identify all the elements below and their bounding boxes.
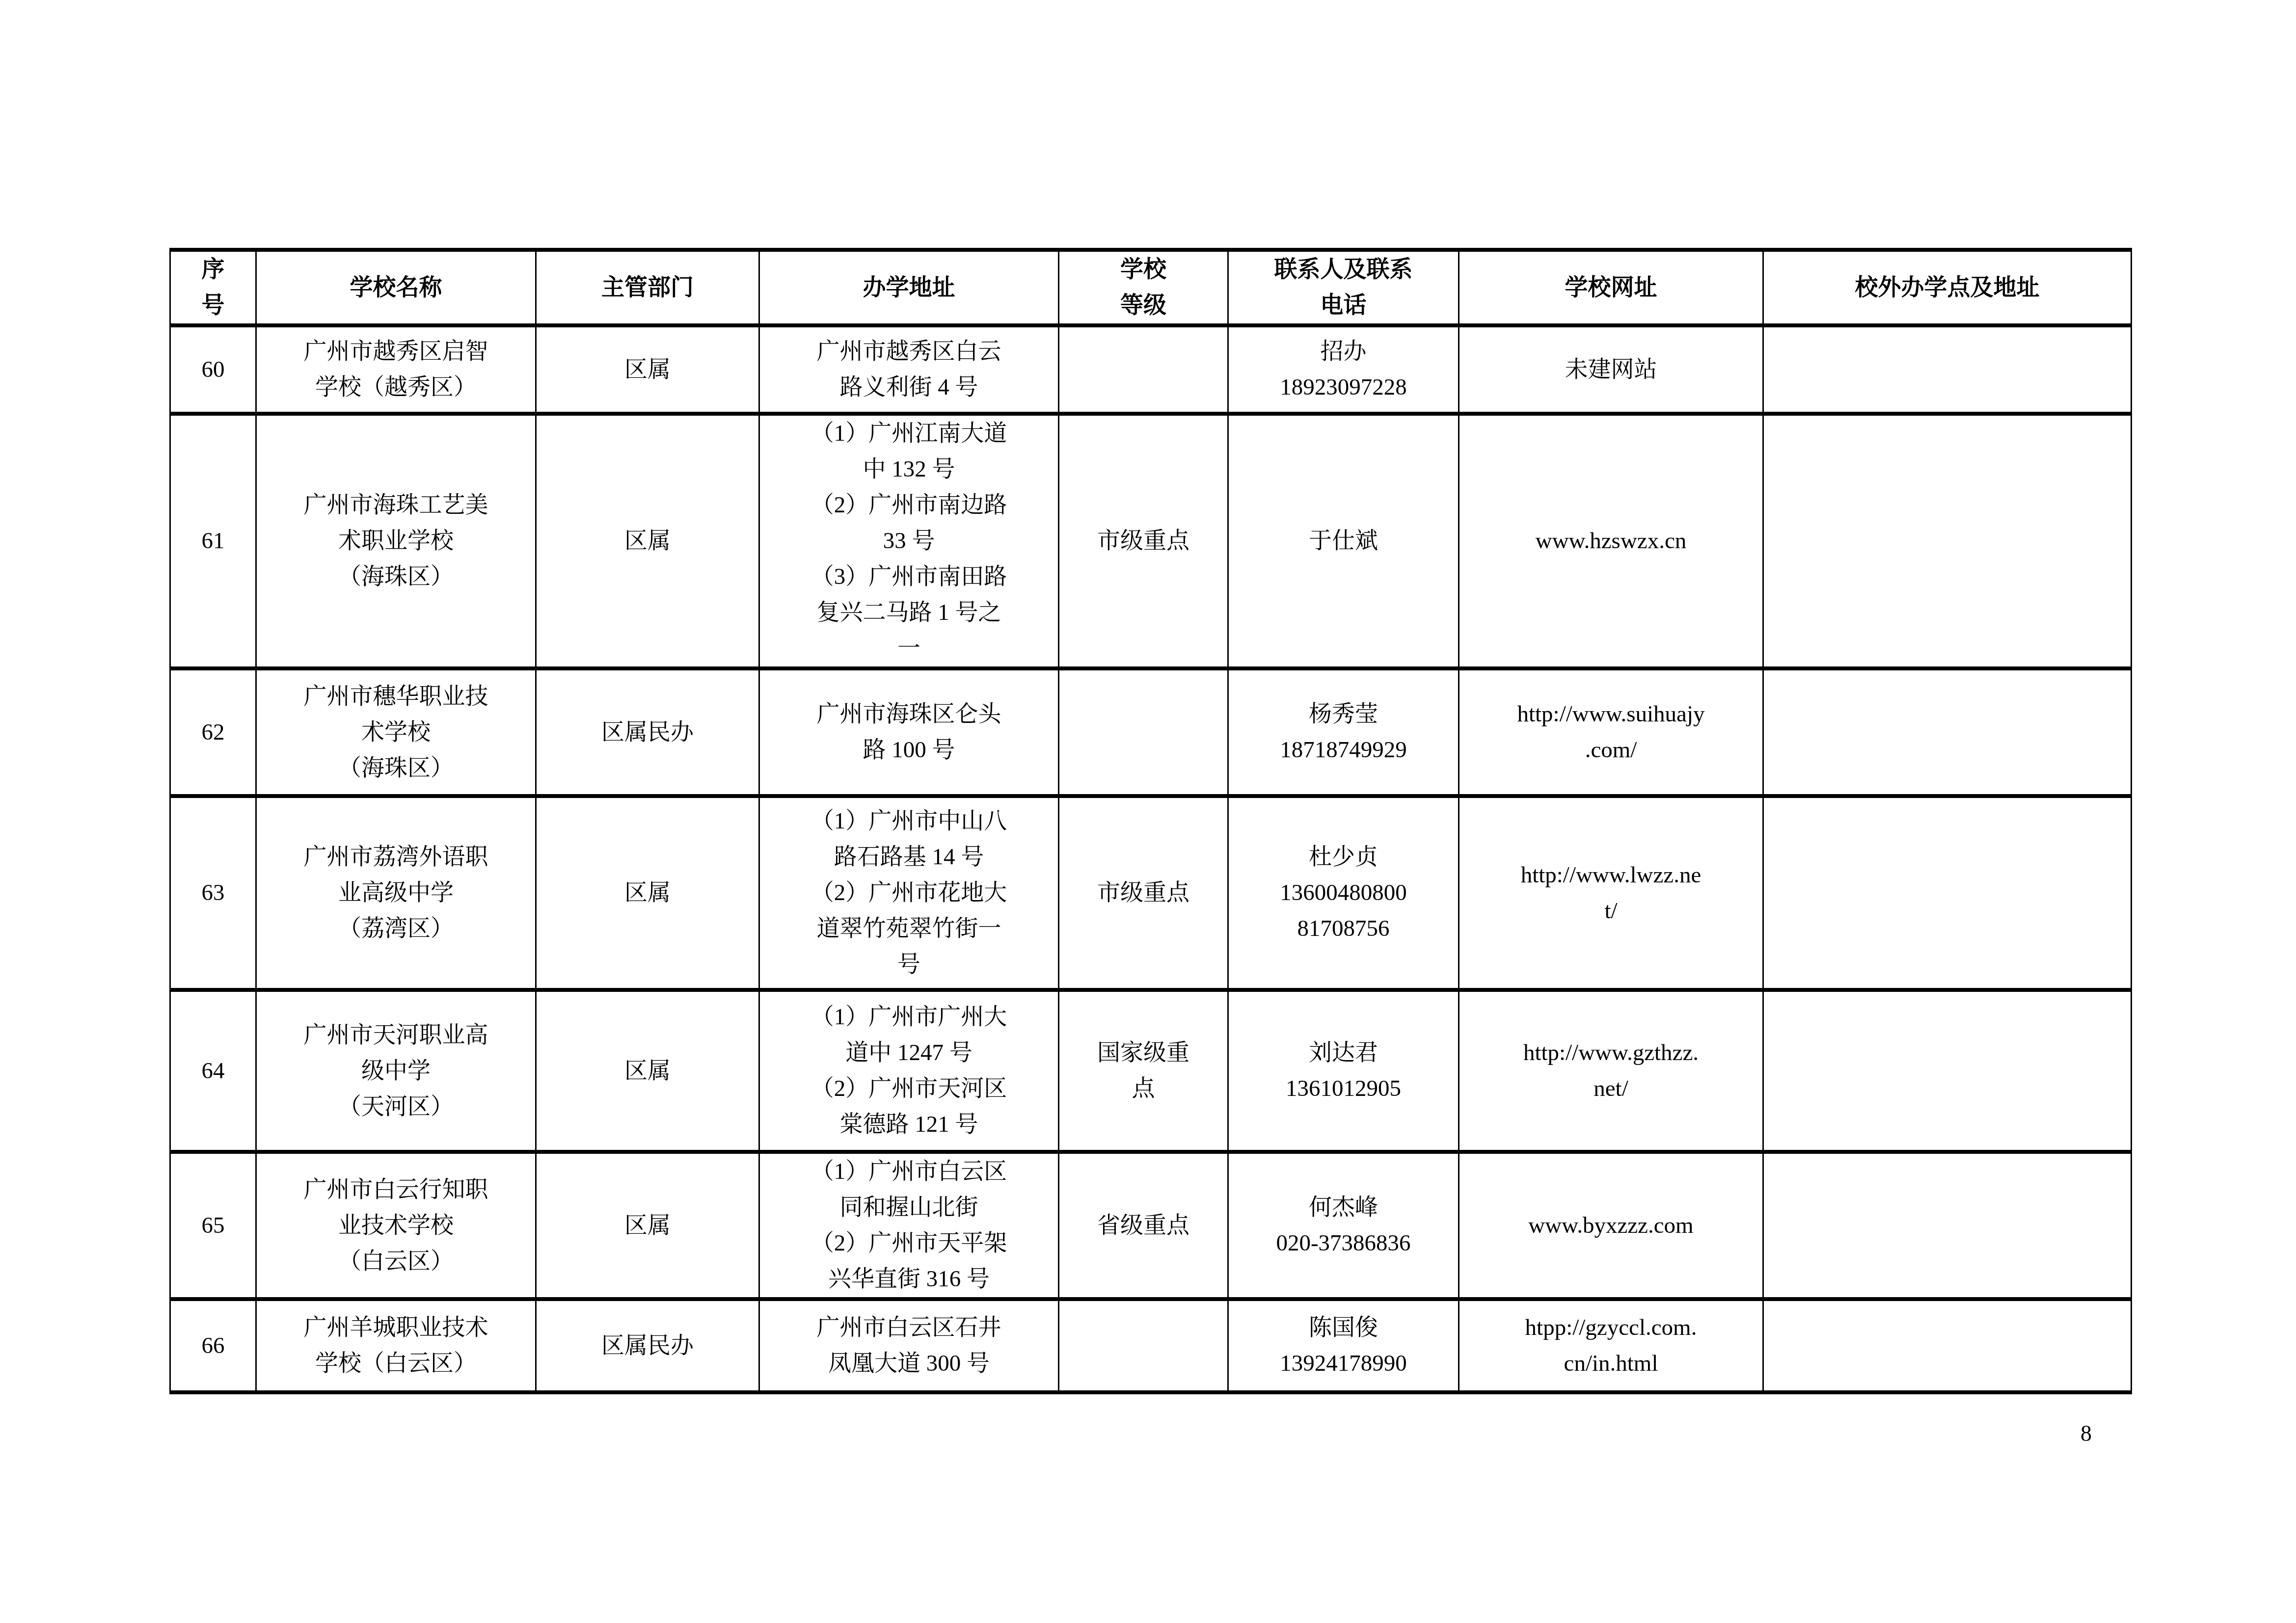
- cell-level: 市级重点: [1059, 796, 1228, 990]
- cell-contact: 杨秀莹 18718749929: [1228, 668, 1459, 796]
- cell-contact: 招办 18923097228: [1228, 325, 1459, 414]
- column-header-level: 学校 等级: [1059, 250, 1228, 325]
- cell-offsite: [1763, 1299, 2132, 1392]
- column-header-no: 序 号: [170, 250, 256, 325]
- cell-level: [1059, 325, 1228, 414]
- cell-department: 区属: [536, 990, 759, 1152]
- cell-website: http://www.gzthzz. net/: [1459, 990, 1763, 1152]
- cell-school-name: 广州羊城职业技术学校（白云区）: [256, 1299, 536, 1392]
- column-header-offsite: 校外办学点及地址: [1763, 250, 2132, 325]
- cell-website: www.hzswzx.cn: [1459, 414, 1763, 668]
- header-row: 序 号 学校名称 主管部门 办学地址 学校 等级 联系人及联系 电话 学校网址 …: [170, 250, 2132, 325]
- cell-level: 市级重点: [1059, 414, 1228, 668]
- cell-department: 区属民办: [536, 668, 759, 796]
- cell-school-name: 广州市越秀区启智学校（越秀区）: [256, 325, 536, 414]
- cell-website: www.byxzzz.com: [1459, 1152, 1763, 1299]
- cell-contact: 何杰峰 020-37386836: [1228, 1152, 1459, 1299]
- column-header-address: 办学地址: [759, 250, 1059, 325]
- cell-department: 区属: [536, 1152, 759, 1299]
- cell-offsite: [1763, 325, 2132, 414]
- cell-offsite: [1763, 414, 2132, 668]
- table-row: 63 广州市荔湾外语职业高级中学 （荔湾区） 区属 （1）广州市中山八路石路基 …: [170, 796, 2132, 990]
- column-header-contact: 联系人及联系 电话: [1228, 250, 1459, 325]
- cell-department: 区属: [536, 325, 759, 414]
- cell-address: （1）广州市中山八路石路基 14 号 （2）广州市花地大道翠竹苑翠竹街一号: [759, 796, 1059, 990]
- table-row: 65 广州市白云行知职业技术学校 （白云区） 区属 （1）广州市白云区同和握山北…: [170, 1152, 2132, 1299]
- cell-website: 未建网站: [1459, 325, 1763, 414]
- cell-address: （1）广州江南大道中 132 号 （2）广州市南边路 33 号 （3）广州市南田…: [759, 414, 1059, 668]
- table-row: 60 广州市越秀区启智学校（越秀区） 区属 广州市越秀区白云路义利街 4 号 招…: [170, 325, 2132, 414]
- schools-table: 序 号 学校名称 主管部门 办学地址 学校 等级 联系人及联系 电话 学校网址 …: [169, 248, 2132, 1394]
- cell-website: http://www.suihuajy .com/: [1459, 668, 1763, 796]
- column-header-department: 主管部门: [536, 250, 759, 325]
- cell-address: 广州市海珠区仑头路 100 号: [759, 668, 1059, 796]
- cell-school-name: 广州市天河职业高级中学 （天河区）: [256, 990, 536, 1152]
- cell-level: 省级重点: [1059, 1152, 1228, 1299]
- cell-address: 广州市越秀区白云路义利街 4 号: [759, 325, 1059, 414]
- column-header-school-name: 学校名称: [256, 250, 536, 325]
- cell-offsite: [1763, 990, 2132, 1152]
- cell-address: （1）广州市白云区同和握山北街 （2）广州市天平架兴华直街 316 号: [759, 1152, 1059, 1299]
- cell-contact: 杜少贞 13600480800 81708756: [1228, 796, 1459, 990]
- cell-no: 61: [170, 414, 256, 668]
- cell-level: [1059, 668, 1228, 796]
- cell-school-name: 广州市穗华职业技术学校 （海珠区）: [256, 668, 536, 796]
- cell-offsite: [1763, 1152, 2132, 1299]
- cell-school-name: 广州市荔湾外语职业高级中学 （荔湾区）: [256, 796, 536, 990]
- cell-department: 区属: [536, 414, 759, 668]
- cell-no: 65: [170, 1152, 256, 1299]
- table-row: 62 广州市穗华职业技术学校 （海珠区） 区属民办 广州市海珠区仑头路 100 …: [170, 668, 2132, 796]
- cell-contact: 刘达君 1361012905: [1228, 990, 1459, 1152]
- column-header-website: 学校网址: [1459, 250, 1763, 325]
- cell-offsite: [1763, 796, 2132, 990]
- table-row: 64 广州市天河职业高级中学 （天河区） 区属 （1）广州市广州大道中 1247…: [170, 990, 2132, 1152]
- cell-website: http://www.lwzz.ne t/: [1459, 796, 1763, 990]
- cell-level: 国家级重点: [1059, 990, 1228, 1152]
- table-row: 61 广州市海珠工艺美术职业学校 （海珠区） 区属 （1）广州江南大道中 132…: [170, 414, 2132, 668]
- cell-no: 66: [170, 1299, 256, 1392]
- cell-contact: 于仕斌: [1228, 414, 1459, 668]
- cell-no: 60: [170, 325, 256, 414]
- cell-address: 广州市白云区石井凤凰大道 300 号: [759, 1299, 1059, 1392]
- cell-website: htpp://gzyccl.com. cn/in.html: [1459, 1299, 1763, 1392]
- table-row: 66 广州羊城职业技术学校（白云区） 区属民办 广州市白云区石井凤凰大道 300…: [170, 1299, 2132, 1392]
- cell-no: 64: [170, 990, 256, 1152]
- cell-offsite: [1763, 668, 2132, 796]
- page-number: 8: [2080, 1422, 2092, 1445]
- cell-department: 区属民办: [536, 1299, 759, 1392]
- cell-department: 区属: [536, 796, 759, 990]
- document-page: 序 号 学校名称 主管部门 办学地址 学校 等级 联系人及联系 电话 学校网址 …: [0, 0, 2296, 1623]
- cell-level: [1059, 1299, 1228, 1392]
- cell-address: （1）广州市广州大道中 1247 号 （2）广州市天河区棠德路 121 号: [759, 990, 1059, 1152]
- cell-no: 62: [170, 668, 256, 796]
- cell-school-name: 广州市白云行知职业技术学校 （白云区）: [256, 1152, 536, 1299]
- cell-contact: 陈国俊 13924178990: [1228, 1299, 1459, 1392]
- cell-school-name: 广州市海珠工艺美术职业学校 （海珠区）: [256, 414, 536, 668]
- cell-no: 63: [170, 796, 256, 990]
